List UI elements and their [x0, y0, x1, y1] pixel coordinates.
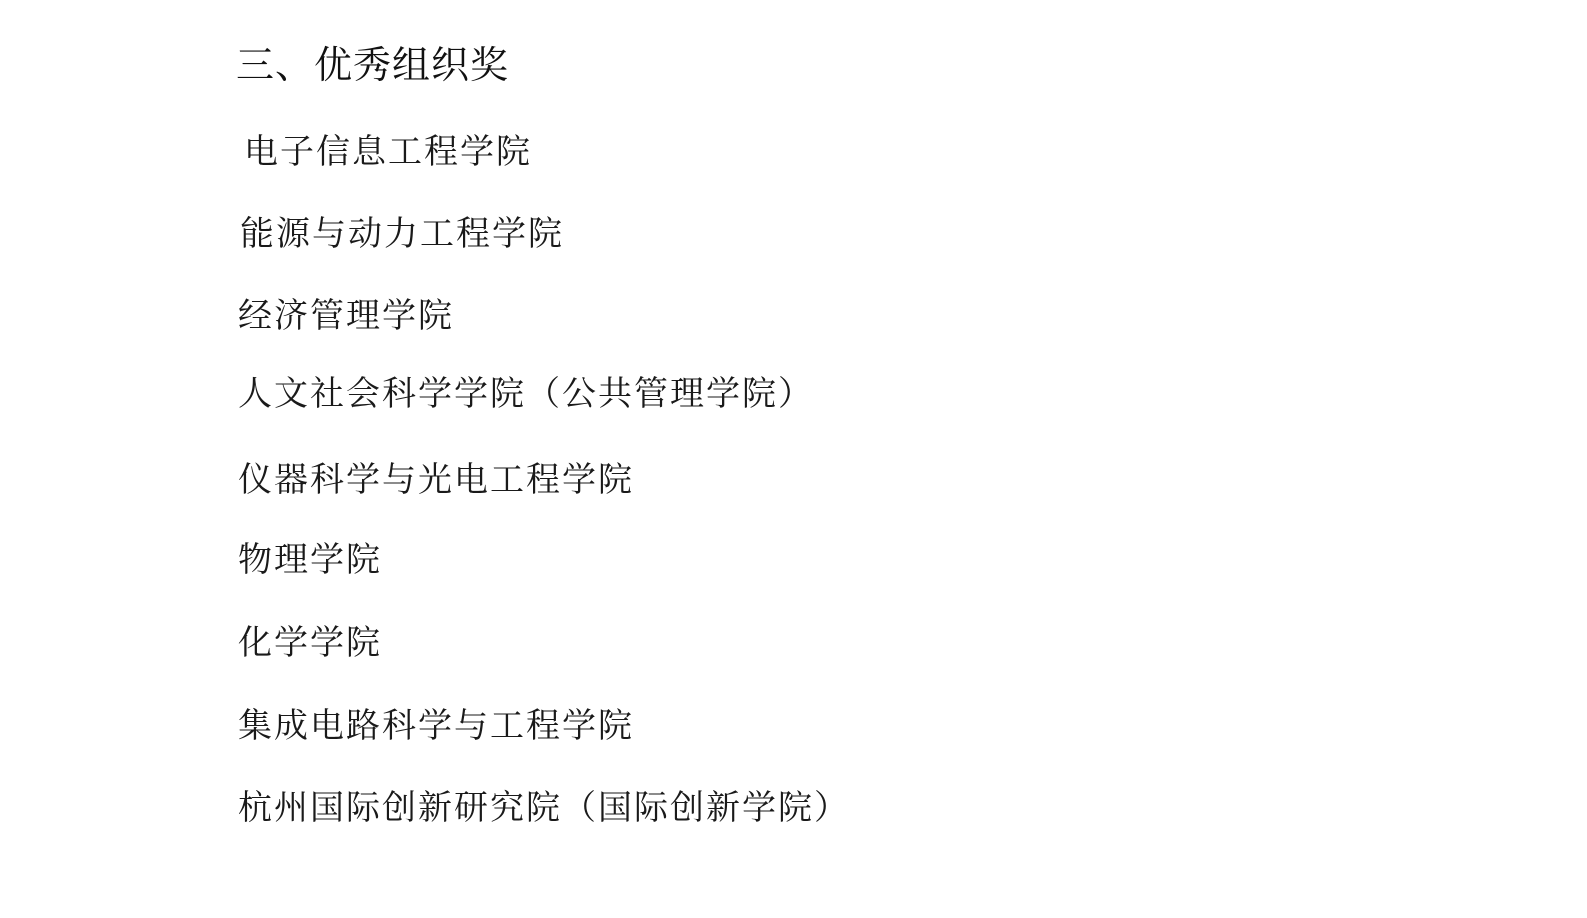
award-list-item: 化学学院 [238, 621, 382, 665]
award-list-item: 电子信息工程学院 [244, 130, 532, 174]
section-heading: 三、优秀组织奖 [236, 40, 509, 90]
award-list-item: 杭州国际创新研究院（国际创新学院） [238, 786, 850, 830]
award-list-item: 人文社会科学学院（公共管理学院） [238, 372, 814, 416]
award-list-item: 经济管理学院 [238, 294, 454, 338]
document-page: 三、优秀组织奖 电子信息工程学院 能源与动力工程学院 经济管理学院 人文社会科学… [0, 0, 1587, 918]
award-list-item: 物理学院 [238, 538, 382, 582]
award-list-item: 能源与动力工程学院 [240, 212, 564, 256]
award-list-item: 仪器科学与光电工程学院 [238, 458, 634, 502]
award-list-item: 集成电路科学与工程学院 [238, 704, 634, 748]
